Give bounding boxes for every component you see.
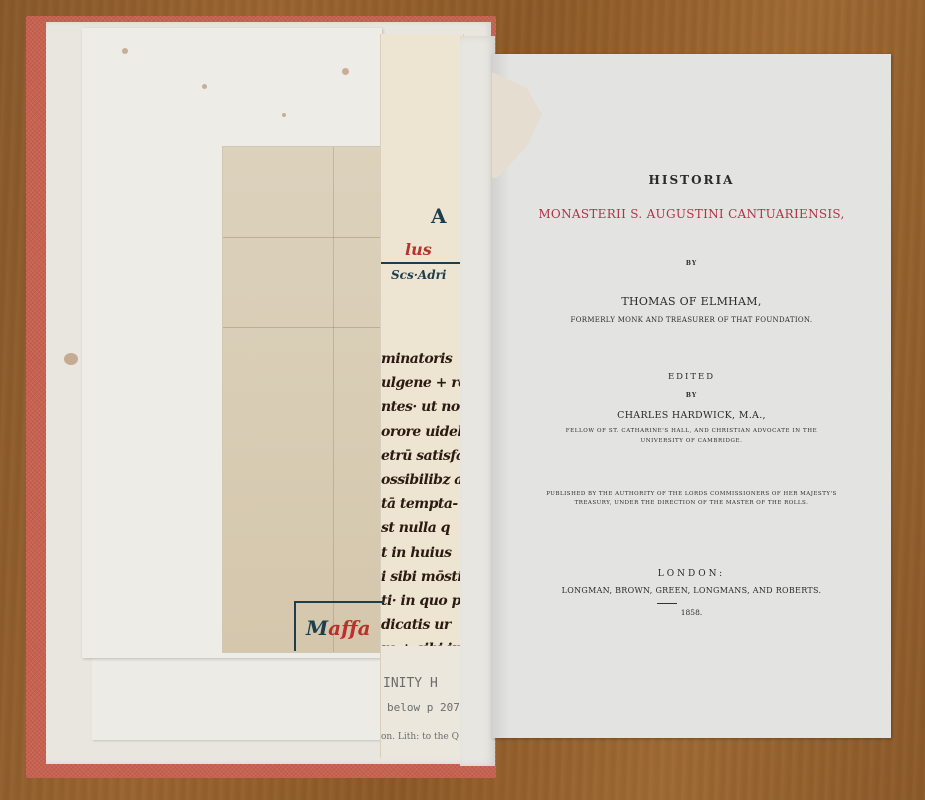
title-author-description: FORMERLY MONK AND TREASURER OF THAT FOUN… [492, 316, 891, 324]
manuscript-rubric-blue: Scs·Adri [391, 268, 447, 282]
manuscript-fragment-blank [222, 146, 382, 653]
initial-letters-red: affa [328, 616, 370, 640]
foxing-spot [122, 48, 128, 54]
foxing-spot [282, 113, 286, 117]
title-by: BY [492, 260, 891, 267]
manuscript-text-block: minatoris ulgene + re ntes· ut no orore … [381, 347, 463, 661]
manuscript-line: tā tempta- [381, 492, 463, 516]
manuscript-line: dicatis ur [381, 613, 463, 637]
title-year: 1858. [492, 608, 891, 617]
manuscript-line: ulgene + re [381, 371, 463, 395]
manuscript-line: ti· in quo p [381, 589, 463, 613]
manuscript-line: st nulla q [381, 516, 463, 540]
manuscript-initial-top: A [431, 204, 447, 228]
spine-gutter-leaf [460, 36, 495, 766]
manuscript-rubric-red: lus [405, 240, 432, 259]
manuscript-strip: A lus Scs·Adri minatoris ulgene + re nte… [380, 34, 464, 646]
manuscript-line: minatoris [381, 347, 463, 371]
title-divider [657, 603, 677, 604]
library-stamp-strip: INITY H below p 207 on. Lith: to the Q [380, 646, 463, 758]
foxing-spot [64, 353, 78, 365]
title-author: THOMAS OF ELMHAM, [492, 295, 891, 308]
title-by-editor: BY [492, 392, 891, 399]
manuscript-line: t in huius [381, 541, 463, 565]
initial-letter-blue: M [306, 616, 328, 640]
title-published-2: TREASURY, UNDER THE DIRECTION OF THE MAS… [492, 500, 891, 506]
title-historia: HISTORIA [492, 173, 891, 187]
manuscript-line: ntes· ut no [381, 395, 463, 419]
foxing-spot [342, 68, 349, 75]
title-city: LONDON: [492, 569, 891, 579]
manuscript-line: ossibilibz ad [381, 468, 463, 492]
manuscript-line: etrū satisfa [381, 444, 463, 468]
stamp-line-3: on. Lith: to the Q [381, 732, 459, 742]
title-publisher: LONGMAN, BROWN, GREEN, LONGMANS, AND ROB… [492, 586, 891, 595]
stamp-line-1: INITY H [383, 676, 438, 691]
stamp-line-2: below p 207 [387, 701, 460, 714]
illuminated-initial: Maffa [306, 616, 371, 640]
title-published-1: PUBLISHED BY THE AUTHORITY OF THE LORDS … [492, 491, 891, 497]
manuscript-line: orore uidelz [381, 420, 463, 444]
manuscript-line: i sibi mōstiū [381, 565, 463, 589]
title-editor-description-2: UNIVERSITY OF CAMBRIDGE. [492, 438, 891, 444]
title-monasterii: MONASTERII S. AUGUSTINI CANTUARIENSIS, [492, 207, 891, 221]
title-edited: EDITED [492, 372, 891, 382]
title-editor: CHARLES HARDWICK, M.A., [492, 410, 891, 421]
title-editor-description-1: FELLOW OF ST. CATHARINE'S HALL, AND CHRI… [492, 428, 891, 434]
foxing-spot [202, 84, 207, 89]
